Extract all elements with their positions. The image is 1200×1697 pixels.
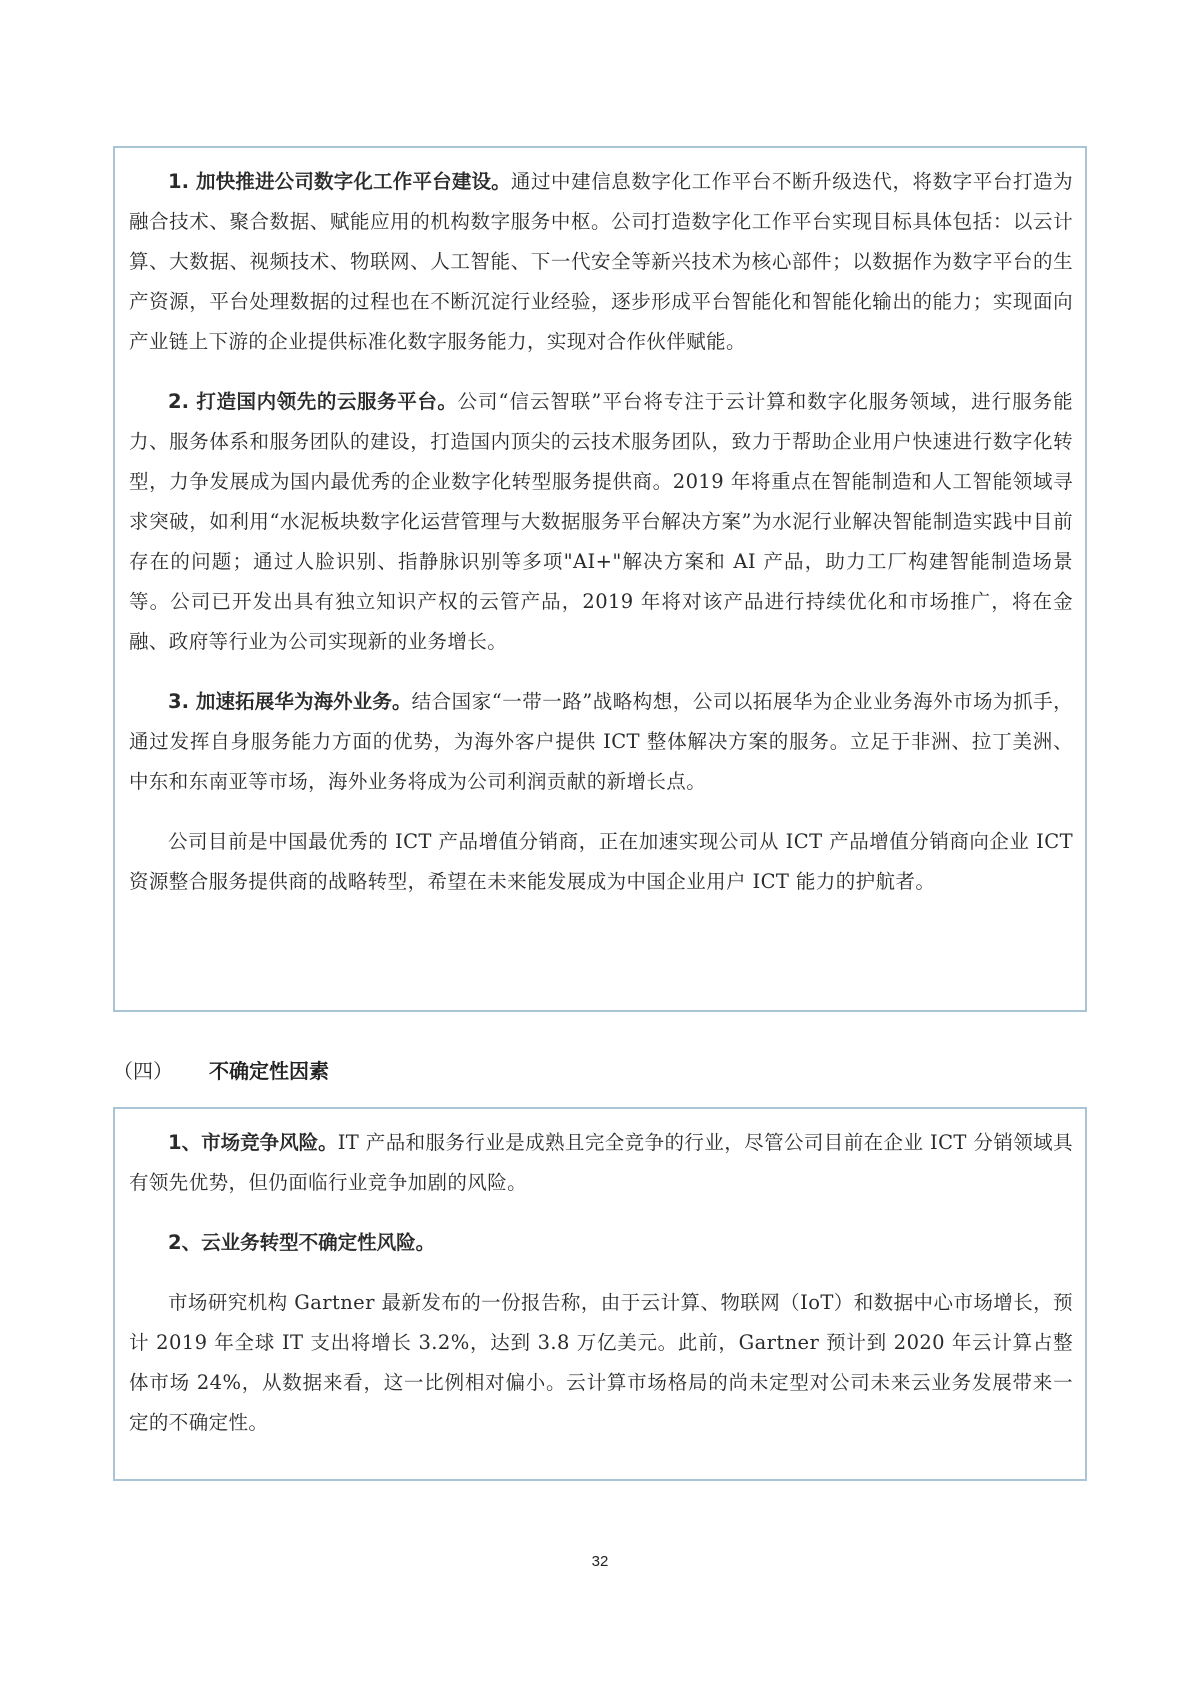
- paragraph-body: 市场研究机构 Gartner 最新发布的一份报告称，由于云计算、物联网（IoT）…: [129, 1291, 1073, 1434]
- paragraph-company-summary: 公司目前是中国最优秀的 ICT 产品增值分销商，正在加速实现公司从 ICT 产品…: [129, 822, 1073, 902]
- paragraph-gartner-report: 市场研究机构 Gartner 最新发布的一份报告称，由于云计算、物联网（IoT）…: [129, 1283, 1073, 1443]
- paragraph-body: 通过中建信息数字化工作平台不断升级迭代，将数字平台打造为融合技术、聚合数据、赋能…: [129, 170, 1073, 353]
- paragraph-digital-platform: 1. 加快推进公司数字化工作平台建设。通过中建信息数字化工作平台不断升级迭代，将…: [129, 162, 1073, 362]
- risk-text-box: 1、市场竞争风险。IT 产品和服务行业是成熟且完全竞争的行业，尽管公司目前在企业…: [113, 1107, 1087, 1481]
- paragraph-lead: 2. 打造国内领先的云服务平台。: [168, 390, 458, 413]
- section-heading: （四）不确定性因素: [113, 1056, 329, 1086]
- paragraph-cloud-risk-heading: 2、云业务转型不确定性风险。: [129, 1223, 1073, 1263]
- page-number: 32: [0, 1553, 1200, 1570]
- paragraph-body: 公司“信云智联”平台将专注于云计算和数字化服务领域，进行服务能力、服务体系和服务…: [129, 390, 1073, 653]
- section-number: （四）: [113, 1056, 209, 1086]
- paragraph-lead: 1. 加快推进公司数字化工作平台建设。: [168, 170, 511, 193]
- paragraph-lead: 3. 加速拓展华为海外业务。: [168, 690, 412, 713]
- paragraph-body: 公司目前是中国最优秀的 ICT 产品增值分销商，正在加速实现公司从 ICT 产品…: [129, 830, 1073, 893]
- document-page: 1. 加快推进公司数字化工作平台建设。通过中建信息数字化工作平台不断升级迭代，将…: [0, 0, 1200, 1697]
- strategy-text-box: 1. 加快推进公司数字化工作平台建设。通过中建信息数字化工作平台不断升级迭代，将…: [113, 146, 1087, 1012]
- paragraph-market-risk: 1、市场竞争风险。IT 产品和服务行业是成熟且完全竞争的行业，尽管公司目前在企业…: [129, 1123, 1073, 1203]
- paragraph-overseas-business: 3. 加速拓展华为海外业务。结合国家“一带一路”战略构想，公司以拓展华为企业业务…: [129, 682, 1073, 802]
- paragraph-cloud-platform: 2. 打造国内领先的云服务平台。公司“信云智联”平台将专注于云计算和数字化服务领…: [129, 382, 1073, 662]
- paragraph-lead: 2、云业务转型不确定性风险。: [168, 1231, 435, 1254]
- paragraph-lead: 1、市场竞争风险。: [168, 1131, 338, 1154]
- section-title: 不确定性因素: [209, 1059, 329, 1083]
